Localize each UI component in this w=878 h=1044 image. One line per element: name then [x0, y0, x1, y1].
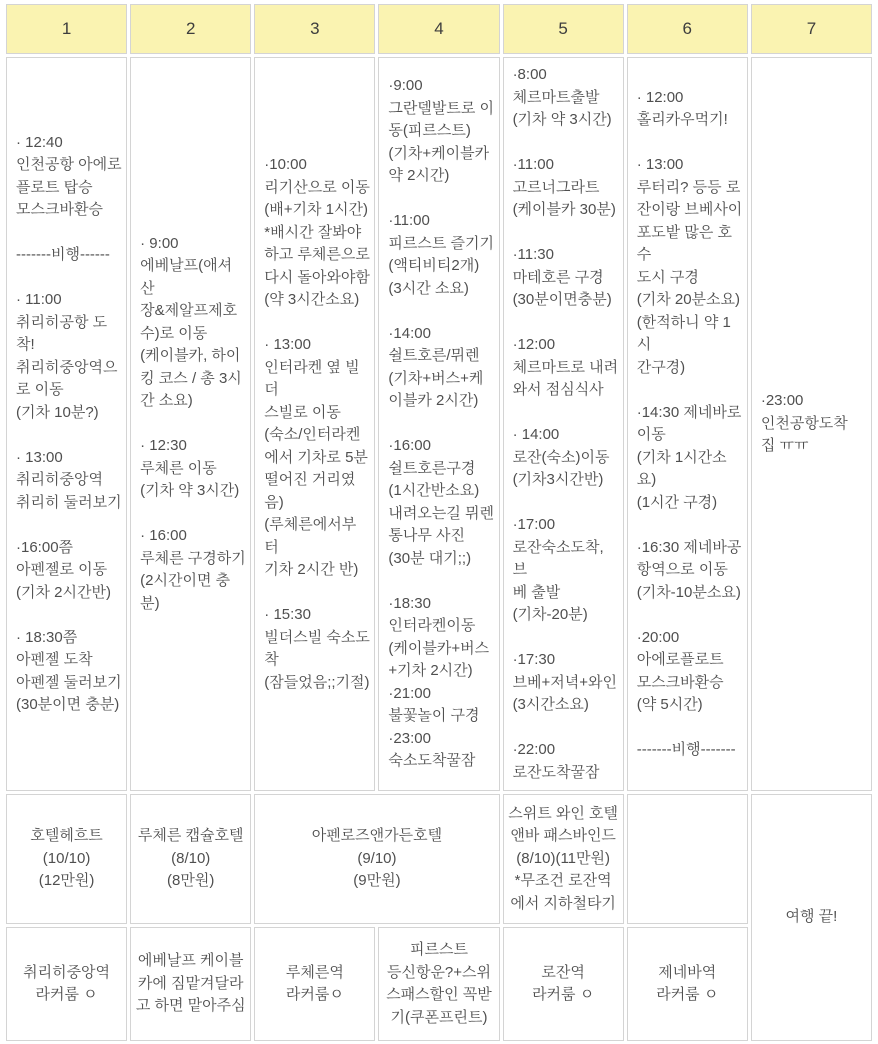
day-header-7: 7: [751, 4, 872, 54]
schedule-day-3: ·10:00 리기산으로 이동 (배+기차 1시간) *배시간 잘봐야 하고 루…: [254, 57, 375, 791]
travel-itinerary-page: 1 2 3 4 5 6 7 · 12:40 인천공항 아에로 플로트 탑승 모스…: [0, 0, 878, 1024]
itinerary-table: 1 2 3 4 5 6 7 · 12:40 인천공항 아에로 플로트 탑승 모스…: [3, 1, 875, 1044]
schedule-day-1: · 12:40 인천공항 아에로 플로트 탑승 모스크바환승 -------비행…: [6, 57, 127, 791]
hotel-info-row: 호텔헤흐트 (10/10) (12만원) 루체른 캡슐호텔 (8/10) (8만…: [6, 794, 872, 924]
day-header-6: 6: [627, 4, 748, 54]
day-header-5: 5: [503, 4, 624, 54]
schedule-day-5: ·8:00 체르마트출발 (기차 약 3시간) ·11:00 고르너그라트 (케…: [503, 57, 624, 791]
day-header-2: 2: [130, 4, 251, 54]
schedule-day-2: · 9:00 에베날프(애셔산 장&제알프제호 수)로 이동 (케이블카, 하이…: [130, 57, 251, 791]
day-header-3: 3: [254, 4, 375, 54]
trip-end-cell: 여행 끝!: [751, 794, 872, 1041]
hotel-day-5: 스위트 와인 호텔 앤바 패스바인드 (8/10)(11만원) *무조건 로잔역…: [503, 794, 624, 924]
day-number-header-row: 1 2 3 4 5 6 7: [6, 4, 872, 54]
schedule-day-6: · 12:00 홀리카우먹기! · 13:00 루터리? 등등 로 잔이랑 브베…: [627, 57, 748, 791]
hotel-day-3-4: 아펜로즈앤가든호텔 (9/10) (9만원): [254, 794, 499, 924]
schedule-day-4: ·9:00 그란델발트로 이 동(피르스트) (기차+케이블카 약 2시간) ·…: [378, 57, 499, 791]
hotel-day-6: [627, 794, 748, 924]
hotel-day-1: 호텔헤흐트 (10/10) (12만원): [6, 794, 127, 924]
daily-schedule-row: · 12:40 인천공항 아에로 플로트 탑승 모스크바환승 -------비행…: [6, 57, 872, 791]
day-header-1: 1: [6, 4, 127, 54]
schedule-day-7: ·23:00 인천공항도착 집 ㅠㅠ: [751, 57, 872, 791]
day-header-4: 4: [378, 4, 499, 54]
hotel-day-2: 루체른 캡슐호텔 (8/10) (8만원): [130, 794, 251, 924]
